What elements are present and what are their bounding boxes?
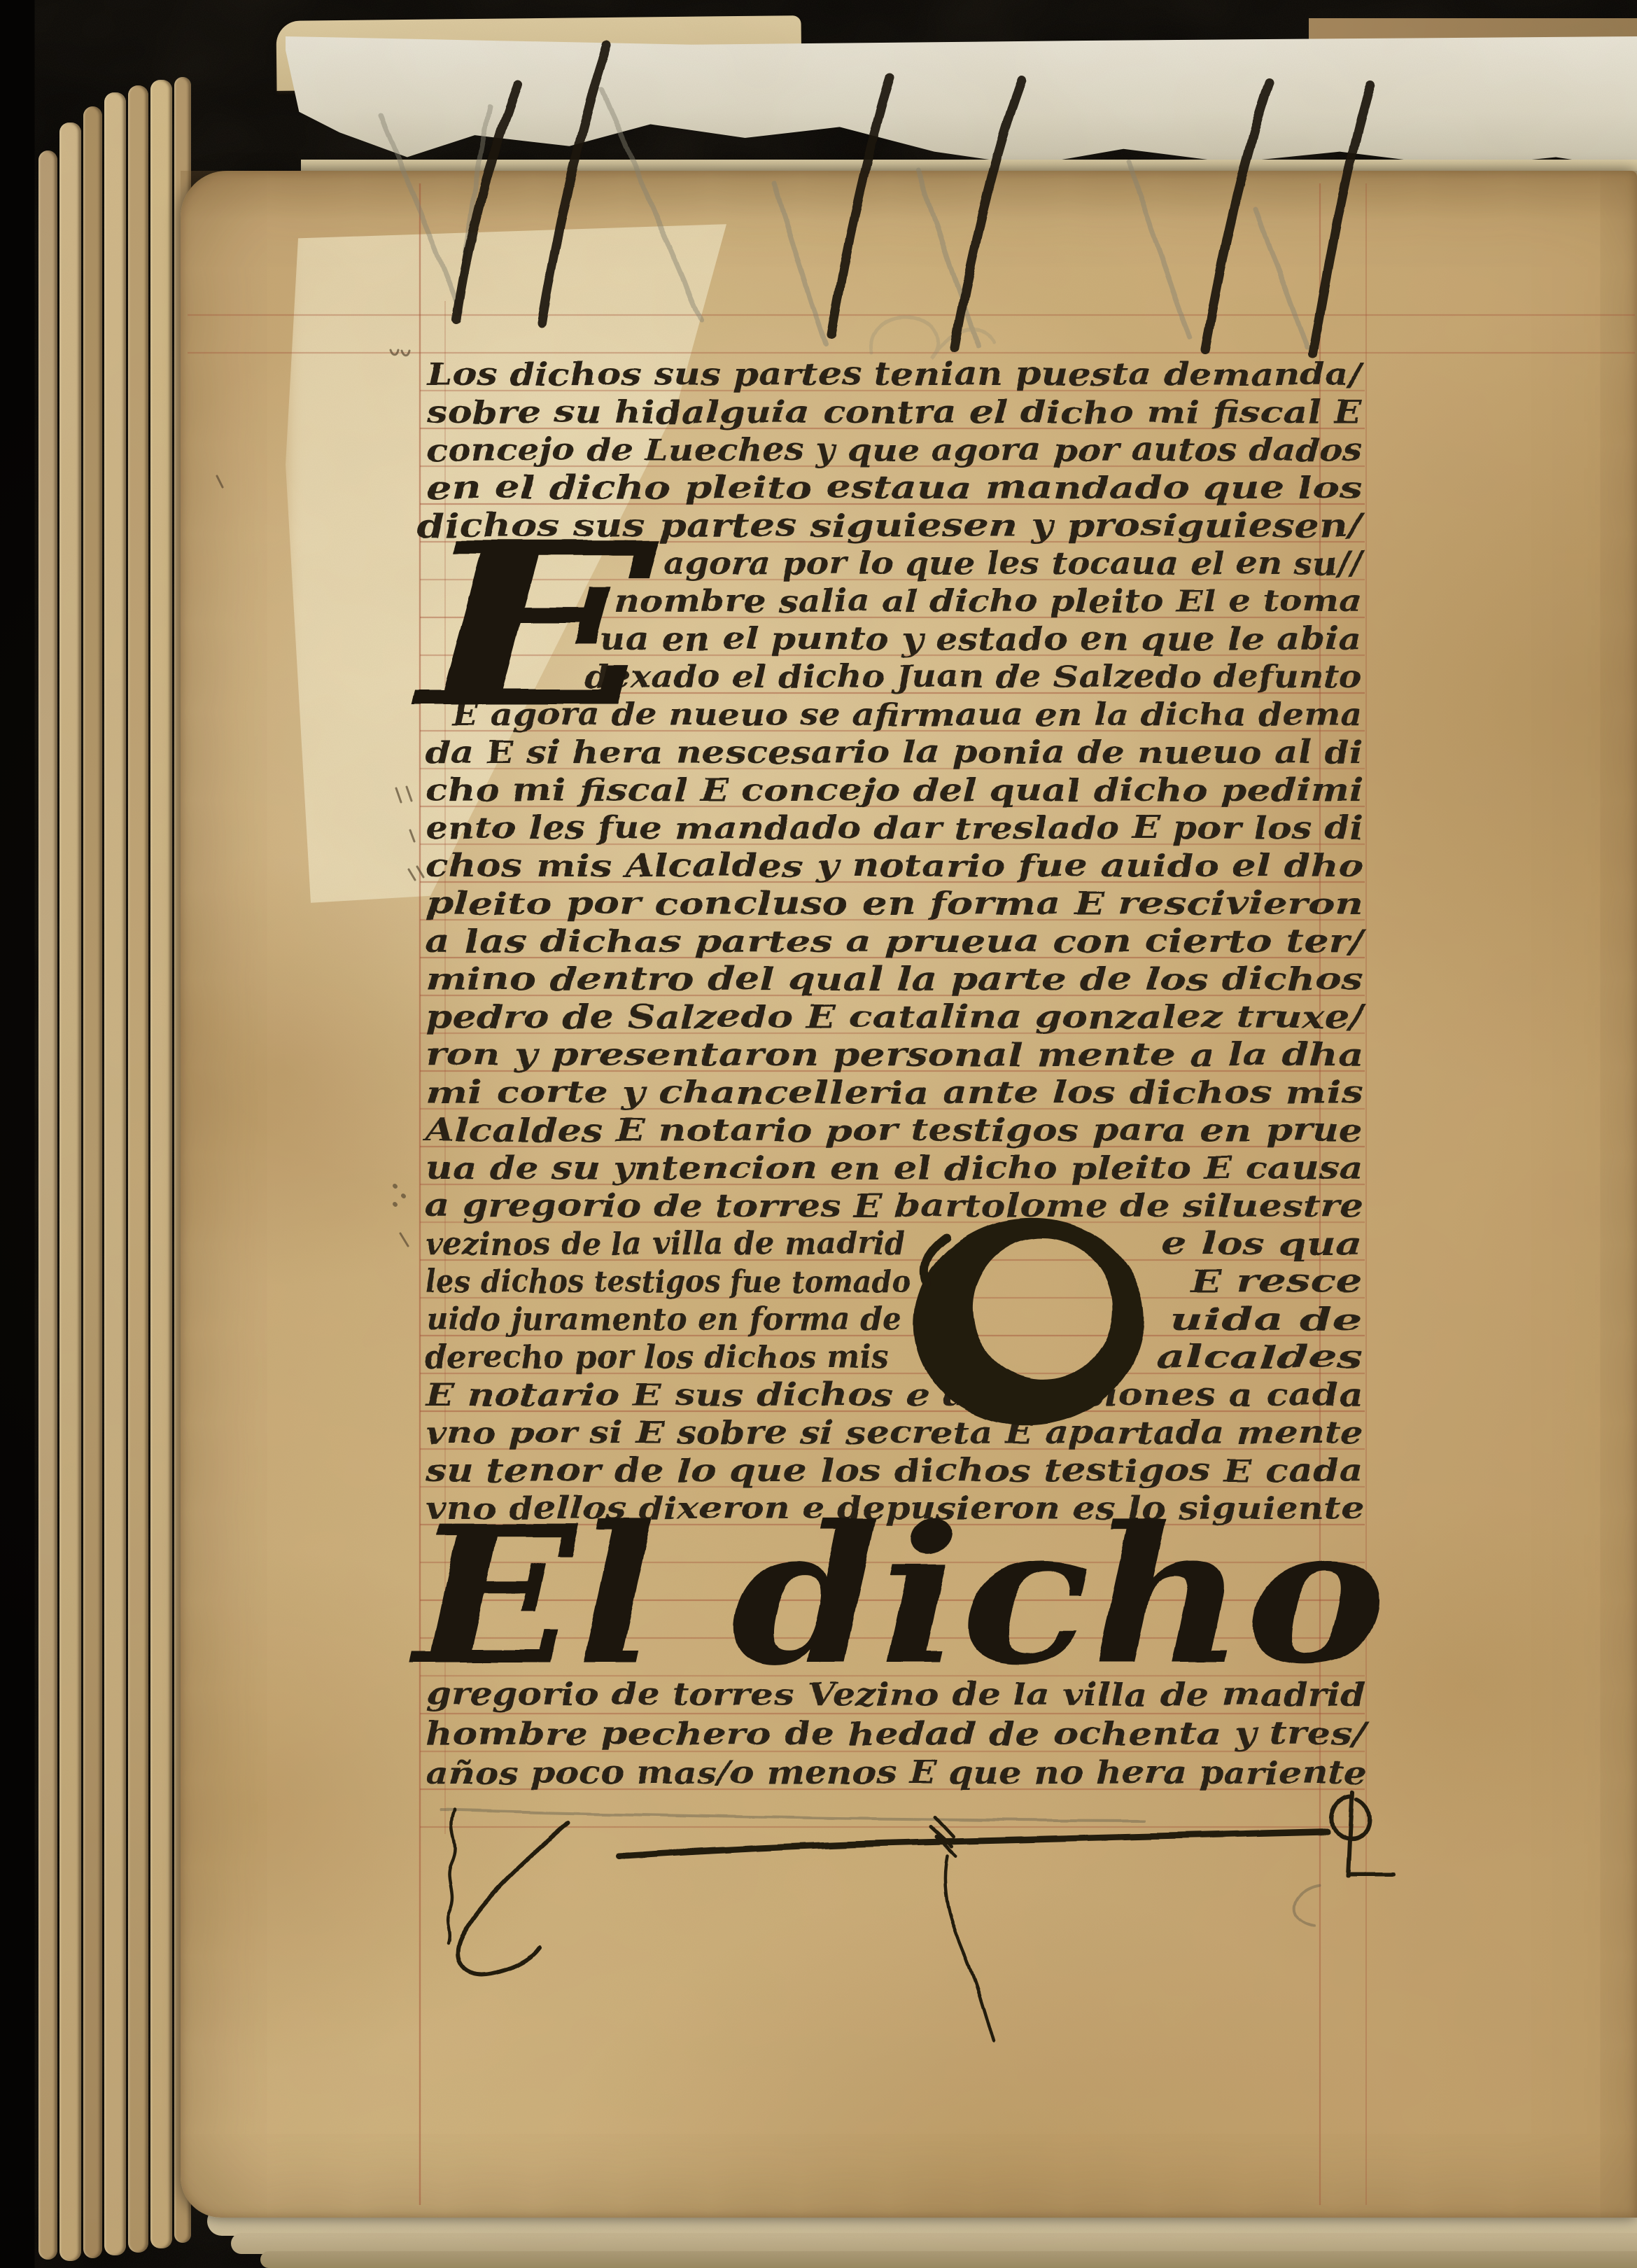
manuscript-line: uido juramento en forma de <box>426 1301 901 1338</box>
manuscript-line: E resce <box>1188 1263 1362 1300</box>
manuscript-line: mi corte y chancelleria ante los dichos … <box>426 1074 1363 1111</box>
manuscript-line: e los qua <box>1162 1225 1362 1262</box>
manuscript-line: vno por si E sobre si secreta E apartada… <box>426 1414 1363 1451</box>
manuscript-line: sobre su hidalguia contra el dicho mi fi… <box>426 393 1363 430</box>
manuscript-line: vezinos de la villa de madrid <box>426 1225 906 1262</box>
manuscript-line: ua de su yntencion en el dicho pleito E … <box>426 1149 1363 1186</box>
manuscript-line: les dichos testigos fue tomado <box>426 1263 911 1300</box>
manuscript-photo: Los dichos sus partes tenian puesta dema… <box>0 0 1637 2268</box>
manuscript-line: concejo de Lueches y que agora por autos… <box>427 431 1362 468</box>
manuscript-line: a las dichas partes a prueua con cierto … <box>426 923 1368 960</box>
manuscript-line: pedro de Salzedo E catalina gonzalez tru… <box>426 998 1368 1035</box>
manuscript-line: uida de <box>1170 1301 1362 1338</box>
ink-overlay: Los dichos sus partes tenian puesta dema… <box>0 0 1637 2268</box>
manuscript-line: Los dichos sus partes tenian puesta dema… <box>426 356 1366 393</box>
manuscript-line: agora por lo que les tocaua el en su// <box>663 545 1365 582</box>
manuscript-line: mino dentro del qual la parte de los dic… <box>426 960 1363 997</box>
manuscript-line: Alcaldes E notario por testigos para en … <box>422 1112 1363 1149</box>
manuscript-line: a gregorio de torres E bartolome de silu… <box>426 1187 1363 1224</box>
manuscript-line: cho mi fiscal E concejo del qual dicho p… <box>426 771 1363 808</box>
manuscript-line: ento les fue mandado dar treslado E por … <box>426 809 1363 846</box>
manuscript-line: ua en el punto y estado en que le abia <box>599 620 1362 657</box>
manuscript-line: derecho por los dichos mis <box>426 1338 889 1375</box>
manuscript-line: hombre pechero de hedad de ochenta y tre… <box>426 1715 1370 1752</box>
initial-letter-e: E <box>409 493 661 757</box>
manuscript-line: nombre salia al dicho pleito El e toma <box>614 582 1362 619</box>
manuscript-line: chos mis Alcaldes y notario fue auido el… <box>426 847 1363 884</box>
manuscript-line: dexado el dicho Juan de Salzedo defunto <box>585 658 1362 695</box>
manuscript-line: años poco mas/o menos E que no hera pari… <box>426 1754 1366 1791</box>
manuscript-line: pleito por concluso en forma E rescivier… <box>426 885 1363 922</box>
manuscript-line: ron y presentaron personal mente a la dh… <box>426 1036 1363 1073</box>
display-word: El dicho <box>407 1484 1387 1707</box>
manuscript-line: alcaldes <box>1156 1338 1362 1375</box>
manuscript-line: E notario E sus dichos e depusiciones a … <box>424 1376 1363 1413</box>
